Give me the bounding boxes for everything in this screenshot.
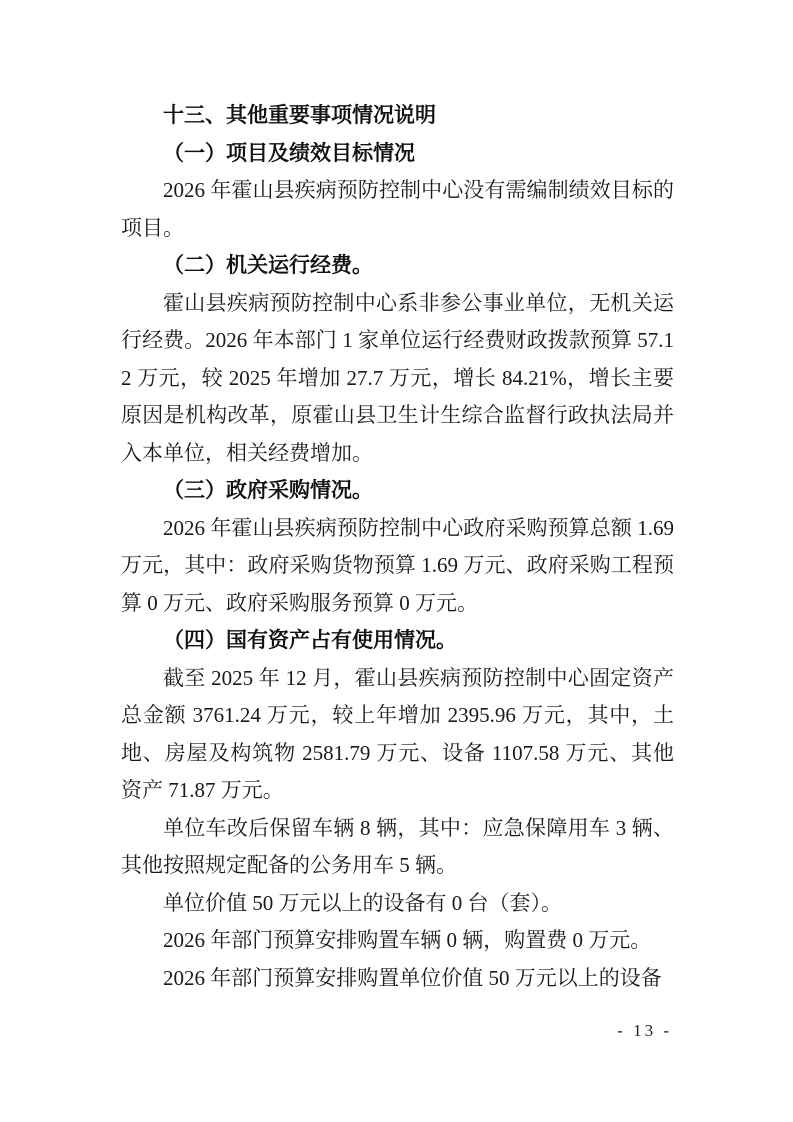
paragraph: 截至 2025 年 12 月，霍山县疾病预防控制中心固定资产总金额 3761.2… [121,660,674,810]
paragraph: 2026 年部门预算安排购置车辆 0 辆，购置费 0 万元。 [121,922,674,960]
page-number: - 13 - [617,1021,672,1040]
subsection-heading-4: （四）国有资产占有使用情况。 [121,622,674,660]
paragraph: 2026 年部门预算安排购置单位价值 50 万元以上的设备 [121,960,674,998]
paragraph: 霍山县疾病预防控制中心系非参公事业单位，无机关运行经费。2026 年本部门 1 … [121,285,674,473]
paragraph: 2026 年霍山县疾病预防控制中心政府采购预算总额 1.69 万元，其中：政府采… [121,510,674,623]
page-footer: - 13 - [617,1021,672,1041]
document-body: 十三、其他重要事项情况说明 （一）项目及绩效目标情况 2026 年霍山县疾病预防… [121,97,674,997]
section-title: 十三、其他重要事项情况说明 [121,97,674,135]
paragraph: 单位车改后保留车辆 8 辆，其中：应急保障用车 3 辆、其他按照规定配备的公务用… [121,810,674,885]
paragraph: 2026 年霍山县疾病预防控制中心没有需编制绩效目标的项目。 [121,172,674,247]
subsection-heading-2: （二）机关运行经费。 [121,247,674,285]
subsection-heading-3: （三）政府采购情况。 [121,472,674,510]
paragraph: 单位价值 50 万元以上的设备有 0 台（套）。 [121,885,674,923]
subsection-heading-1: （一）项目及绩效目标情况 [121,135,674,173]
document-page: 十三、其他重要事项情况说明 （一）项目及绩效目标情况 2026 年霍山县疾病预防… [0,0,793,1122]
